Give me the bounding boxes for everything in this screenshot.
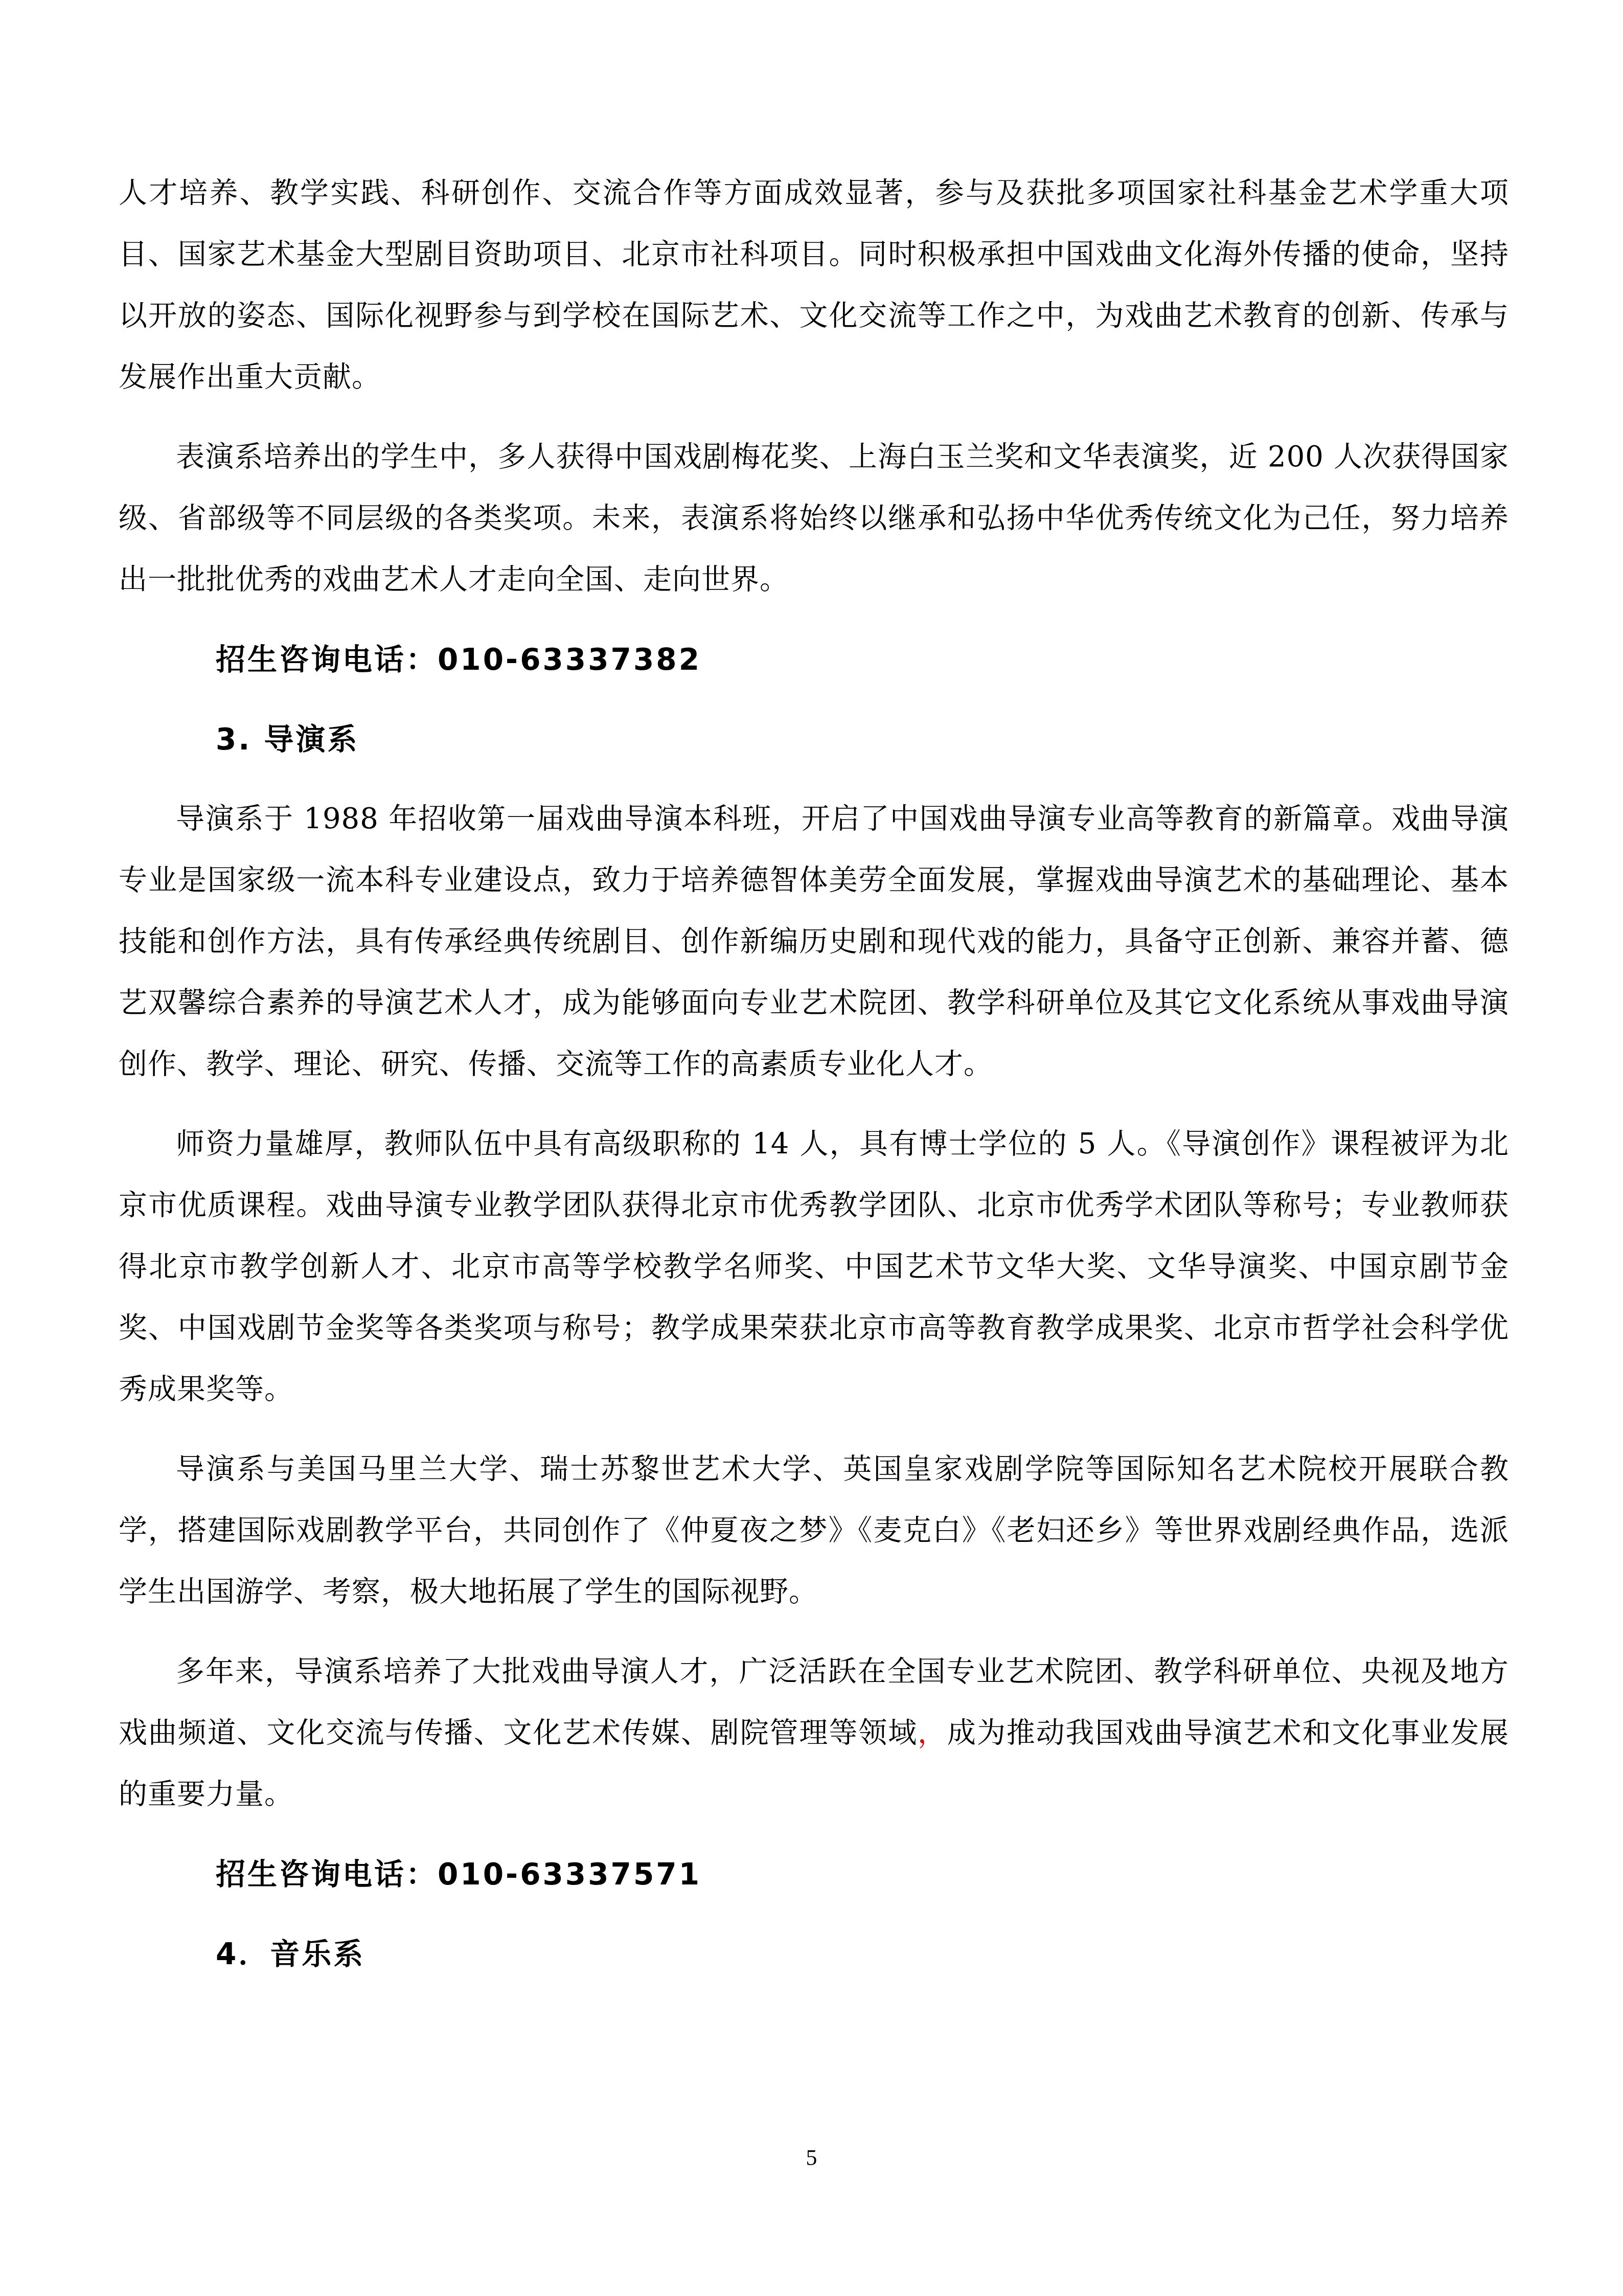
page-number: 5 [0, 2145, 1623, 2171]
admissions-phone-performance: 招生咨询电话：010-63337382 [119, 629, 1509, 690]
section-heading-music: 4．音乐系 [119, 1923, 1509, 1985]
paragraph-performance-achievements: 人才培养、教学实践、科研创作、交流合作等方面成效显著，参与及获批多项国家社科基金… [119, 163, 1509, 408]
admissions-phone-directing: 招生咨询电话：010-63337571 [119, 1844, 1509, 1905]
paragraph-performance-alumni: 表演系培养出的学生中，多人获得中国戏剧梅花奖、上海白玉兰奖和文华表演奖，近 20… [119, 426, 1509, 610]
paragraph-directing-alumni: 多年来，导演系培养了大批戏曲导演人才，广泛活跃在全国专业艺术院团、教学科研单位、… [119, 1641, 1509, 1825]
red-comma: ， [918, 1716, 947, 1749]
document-page: 人才培养、教学实践、科研创作、交流合作等方面成效显著，参与及获批多项国家社科基金… [0, 0, 1623, 2296]
paragraph-directing-faculty: 师资力量雄厚，教师队伍中具有高级职称的 14 人，具有博士学位的 5 人。《导演… [119, 1113, 1509, 1420]
page-content: 人才培养、教学实践、科研创作、交流合作等方面成效显著，参与及获批多项国家社科基金… [119, 163, 1509, 2003]
paragraph-directing-international: 导演系与美国马里兰大学、瑞士苏黎世艺术大学、英国皇家戏剧学院等国际知名艺术院校开… [119, 1439, 1509, 1623]
section-heading-directing: 3. 导演系 [119, 709, 1509, 770]
paragraph-directing-intro: 导演系于 1988 年招收第一届戏曲导演本科班，开启了中国戏曲导演专业高等教育的… [119, 788, 1509, 1095]
